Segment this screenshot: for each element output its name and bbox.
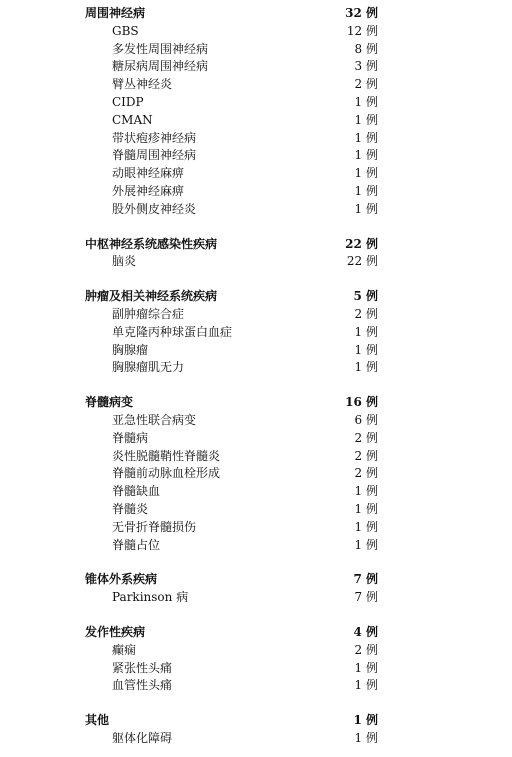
- category-title: 其他: [85, 712, 109, 730]
- disease-row: 动眼神经麻痹1 例: [0, 165, 512, 183]
- disease-name: Parkinson 病: [112, 589, 188, 607]
- disease-name: 癫痫: [112, 642, 136, 660]
- disease-name: 脊髓周围神经病: [112, 147, 196, 165]
- case-count: 12 例: [347, 23, 378, 41]
- category-count: 32 例: [345, 5, 378, 23]
- disease-name: 亚急性联合病变: [112, 412, 196, 430]
- disease-row: 胸腺瘤1 例: [0, 342, 512, 360]
- case-count: 1 例: [355, 147, 378, 165]
- disease-name: 动眼神经麻痹: [112, 165, 184, 183]
- disease-row: 股外侧皮神经炎1 例: [0, 201, 512, 219]
- disease-row: 躯体化障碍1 例: [0, 730, 512, 748]
- case-count: 1 例: [355, 359, 378, 377]
- disease-row: 癫痫2 例: [0, 642, 512, 660]
- category-header: 其他1 例: [0, 712, 512, 730]
- category-section: 脊髓病变16 例亚急性联合病变6 例脊髓病2 例炎性脱髓鞘性脊髓炎2 例脊髓前动…: [0, 394, 512, 554]
- category-title: 中枢神经系统感染性疾病: [85, 236, 217, 254]
- disease-name: 臂丛神经炎: [112, 76, 172, 94]
- case-count: 1 例: [355, 483, 378, 501]
- disease-row: 紧张性头痛1 例: [0, 660, 512, 678]
- disease-name: 单克隆丙种球蛋白血症: [112, 324, 232, 342]
- disease-name: 血管性头痛: [112, 677, 172, 695]
- disease-name: 脊髓前动脉血栓形成: [112, 465, 220, 483]
- category-header: 中枢神经系统感染性疾病22 例: [0, 236, 512, 254]
- case-count: 1 例: [355, 730, 378, 748]
- disease-name: 脊髓占位: [112, 537, 160, 555]
- disease-row: 炎性脱髓鞘性脊髓炎2 例: [0, 448, 512, 466]
- disease-name: 脑炎: [112, 253, 136, 271]
- case-count: 2 例: [355, 76, 378, 94]
- category-count: 22 例: [345, 236, 378, 254]
- category-section: 发作性疾病4 例癫痫2 例紧张性头痛1 例血管性头痛1 例: [0, 624, 512, 695]
- category-title: 脊髓病变: [85, 394, 133, 412]
- disease-row: Parkinson 病7 例: [0, 589, 512, 607]
- category-title: 发作性疾病: [85, 624, 145, 642]
- disease-case-list: 周围神经病32 例GBS12 例多发性周围神经病8 例糖尿病周围神经病3 例臂丛…: [0, 5, 512, 757]
- case-count: 1 例: [355, 537, 378, 555]
- disease-row: CMAN1 例: [0, 112, 512, 130]
- disease-name: 紧张性头痛: [112, 660, 172, 678]
- disease-row: 脊髓前动脉血栓形成2 例: [0, 465, 512, 483]
- case-count: 1 例: [355, 677, 378, 695]
- disease-row: 脊髓炎1 例: [0, 501, 512, 519]
- category-section: 肿瘤及相关神经系统疾病5 例副肿瘤综合症2 例单克隆丙种球蛋白血症1 例胸腺瘤1…: [0, 288, 512, 377]
- category-section: 中枢神经系统感染性疾病22 例脑炎22 例: [0, 236, 512, 272]
- category-title: 锥体外系疾病: [85, 571, 157, 589]
- case-count: 1 例: [355, 324, 378, 342]
- case-count: 6 例: [355, 412, 378, 430]
- case-count: 22 例: [347, 253, 378, 271]
- case-count: 1 例: [355, 501, 378, 519]
- category-count: 16 例: [345, 394, 378, 412]
- disease-name: 胸腺瘤: [112, 342, 148, 360]
- disease-name: 脊髓炎: [112, 501, 148, 519]
- category-section: 锥体外系疾病7 例Parkinson 病7 例: [0, 571, 512, 607]
- disease-name: GBS: [112, 23, 139, 41]
- disease-name: 多发性周围神经病: [112, 41, 208, 59]
- disease-row: 无骨折脊髓损伤1 例: [0, 519, 512, 537]
- case-count: 1 例: [355, 130, 378, 148]
- disease-row: 多发性周围神经病8 例: [0, 41, 512, 59]
- disease-row: 带状疱疹神经病1 例: [0, 130, 512, 148]
- disease-row: 脊髓占位1 例: [0, 537, 512, 555]
- disease-row: 胸腺瘤肌无力1 例: [0, 359, 512, 377]
- category-section: 其他1 例躯体化障碍1 例: [0, 712, 512, 748]
- category-header: 锥体外系疾病7 例: [0, 571, 512, 589]
- category-title: 周围神经病: [85, 5, 145, 23]
- case-count: 1 例: [355, 519, 378, 537]
- category-header: 周围神经病32 例: [0, 5, 512, 23]
- disease-name: 无骨折脊髓损伤: [112, 519, 196, 537]
- case-count: 1 例: [355, 94, 378, 112]
- case-count: 2 例: [355, 465, 378, 483]
- category-count: 5 例: [353, 288, 378, 306]
- category-header: 脊髓病变16 例: [0, 394, 512, 412]
- category-count: 1 例: [353, 712, 378, 730]
- disease-row: 脑炎22 例: [0, 253, 512, 271]
- category-count: 4 例: [353, 624, 378, 642]
- disease-name: 炎性脱髓鞘性脊髓炎: [112, 448, 220, 466]
- disease-name: 外展神经麻痹: [112, 183, 184, 201]
- disease-name: CIDP: [112, 94, 144, 112]
- disease-name: 胸腺瘤肌无力: [112, 359, 184, 377]
- case-count: 1 例: [355, 342, 378, 360]
- disease-row: 糖尿病周围神经病3 例: [0, 58, 512, 76]
- disease-name: 脊髓缺血: [112, 483, 160, 501]
- category-section: 周围神经病32 例GBS12 例多发性周围神经病8 例糖尿病周围神经病3 例臂丛…: [0, 5, 512, 219]
- case-count: 1 例: [355, 112, 378, 130]
- category-count: 7 例: [353, 571, 378, 589]
- category-header: 肿瘤及相关神经系统疾病5 例: [0, 288, 512, 306]
- disease-name: CMAN: [112, 112, 153, 130]
- disease-row: GBS12 例: [0, 23, 512, 41]
- case-count: 8 例: [355, 41, 378, 59]
- disease-row: 脊髓周围神经病1 例: [0, 147, 512, 165]
- disease-name: 脊髓病: [112, 430, 148, 448]
- disease-row: 血管性头痛1 例: [0, 677, 512, 695]
- case-count: 1 例: [355, 183, 378, 201]
- case-count: 1 例: [355, 201, 378, 219]
- disease-name: 带状疱疹神经病: [112, 130, 196, 148]
- disease-row: CIDP1 例: [0, 94, 512, 112]
- category-header: 发作性疾病4 例: [0, 624, 512, 642]
- category-title: 肿瘤及相关神经系统疾病: [85, 288, 217, 306]
- disease-name: 副肿瘤综合症: [112, 306, 184, 324]
- disease-row: 亚急性联合病变6 例: [0, 412, 512, 430]
- disease-row: 臂丛神经炎2 例: [0, 76, 512, 94]
- disease-name: 躯体化障碍: [112, 730, 172, 748]
- case-count: 2 例: [355, 642, 378, 660]
- case-count: 2 例: [355, 448, 378, 466]
- case-count: 7 例: [355, 589, 378, 607]
- case-count: 1 例: [355, 165, 378, 183]
- disease-row: 副肿瘤综合症2 例: [0, 306, 512, 324]
- disease-row: 外展神经麻痹1 例: [0, 183, 512, 201]
- case-count: 2 例: [355, 430, 378, 448]
- case-count: 1 例: [355, 660, 378, 678]
- case-count: 3 例: [355, 58, 378, 76]
- disease-row: 脊髓病2 例: [0, 430, 512, 448]
- disease-row: 单克隆丙种球蛋白血症1 例: [0, 324, 512, 342]
- disease-name: 股外侧皮神经炎: [112, 201, 196, 219]
- disease-row: 脊髓缺血1 例: [0, 483, 512, 501]
- disease-name: 糖尿病周围神经病: [112, 58, 208, 76]
- case-count: 2 例: [355, 306, 378, 324]
